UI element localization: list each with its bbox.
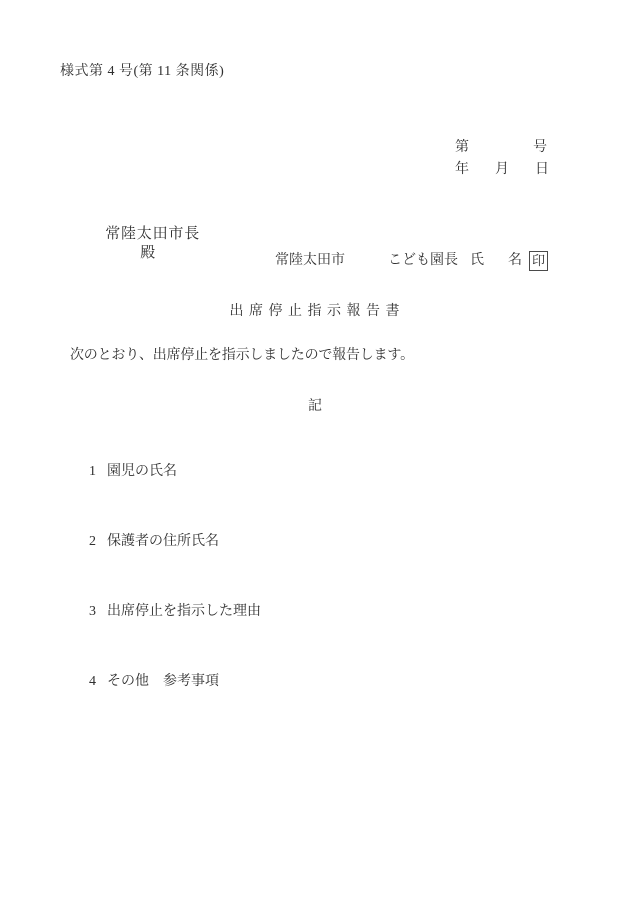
- list-item: 1園児の氏名: [75, 445, 177, 498]
- record-marker: 記: [0, 398, 630, 416]
- list-item: 3出席停止を指示した理由: [75, 585, 261, 638]
- sender-city: 常陸太田市: [275, 252, 345, 270]
- sender-line: 常陸太田市 こども園長 氏 名 印: [275, 251, 548, 271]
- item-number: 4: [89, 673, 107, 691]
- item-label: その他 参考事項: [107, 674, 219, 689]
- addressee-honorific: 殿: [140, 245, 156, 261]
- doc-number-suffix: 号: [533, 139, 547, 157]
- item-label: 保護者の住所氏名: [107, 534, 219, 549]
- doc-number-prefix: 第: [455, 139, 469, 157]
- document-page: 様式第 4 号(第 11 条関係) 第 号 年 月 日 常陸太田市長 殿 常陸太…: [0, 0, 630, 903]
- form-number-label: 様式第 4 号(第 11 条関係): [60, 63, 224, 81]
- item-number: 1: [89, 463, 107, 481]
- list-item: 4その他 参考事項: [75, 655, 219, 708]
- date-month-label: 月: [495, 161, 509, 179]
- item-number: 3: [89, 603, 107, 621]
- item-label: 園児の氏名: [107, 464, 177, 479]
- date-day-label: 日: [535, 161, 549, 179]
- item-label: 出席停止を指示した理由: [107, 604, 261, 619]
- sender-position: こども園長: [388, 252, 458, 270]
- list-item: 2保護者の住所氏名: [75, 515, 219, 568]
- document-title: 出 席 停 止 指 示 報 告 書: [0, 303, 630, 321]
- addressee-name: 常陸太田市長: [105, 226, 200, 242]
- doc-number-line: 第 号: [455, 139, 547, 157]
- date-year-label: 年: [455, 161, 469, 179]
- seal-placeholder-box: 印: [529, 251, 548, 271]
- item-number: 2: [89, 533, 107, 551]
- body-text: 次のとおり、出席停止を指示しましたので報告します。: [70, 347, 414, 365]
- sender-name-label-mei: 名: [508, 252, 522, 270]
- date-line: 年 月 日: [455, 161, 549, 179]
- addressee-line: 常陸太田市長 殿: [87, 206, 200, 281]
- sender-name-label-shi: 氏: [470, 252, 484, 270]
